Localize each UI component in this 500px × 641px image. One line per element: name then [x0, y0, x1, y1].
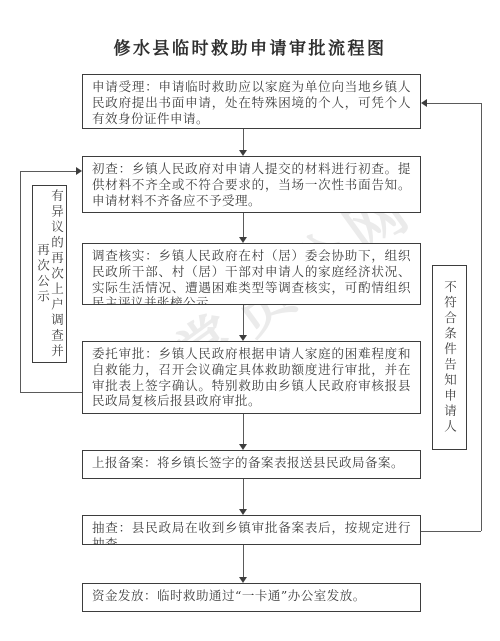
right-loop-top-line	[427, 103, 481, 104]
flow-box-spot-check: 抽查：县民政局在收到乡镇审批备案表后，按规定进行抽查。	[82, 515, 421, 545]
flow-box-fund-disbursement: 资金发放：临时救助通过“一卡通”办公室发放。	[82, 583, 421, 612]
side-note-not-qualified: 不符合条件告知申请人	[432, 265, 467, 450]
arrow-down-icon	[239, 237, 247, 243]
arrow-down-icon	[239, 150, 247, 156]
connector-line	[243, 129, 244, 151]
arrow-right-icon	[76, 167, 82, 175]
flow-box-report-filing: 上报备案：将乡镇长签字的备案表报送县民政局备案。	[82, 450, 421, 479]
connector-line	[243, 305, 244, 336]
arrow-down-icon	[239, 335, 247, 341]
arrow-left-icon	[421, 99, 427, 107]
flow-box-initial-check: 初查：乡镇人民政府对申请人提交的材料进行初查。提供材料不齐全或不符合要求的，当场…	[82, 156, 421, 213]
arrow-down-icon	[239, 577, 247, 583]
connector-line	[243, 414, 244, 445]
side-note-objection: 有异议的再次上户调查并再次公示	[32, 185, 67, 363]
right-loop-vertical-line	[481, 103, 482, 531]
arrow-down-icon	[239, 509, 247, 515]
flow-box-apply: 申请受理：申请临时救助应以家庭为单位向当地乡镇人民政府提出书面申请，处在特殊困境…	[82, 74, 421, 129]
left-loop-bottom-line	[20, 392, 82, 393]
flowchart-page: 非常员分网 修水县临时救助申请审批流程图 申请受理：申请临时救助应以家庭为单位向…	[0, 0, 500, 641]
left-loop-vertical-line	[20, 171, 21, 392]
flow-box-investigate-verify: 调查核实：乡镇人民政府在村（居）委会协助下，组织民政所干部、村（居）干部对申请人…	[82, 243, 421, 305]
right-loop-bottom-line	[421, 531, 481, 532]
connector-line	[243, 213, 244, 238]
left-loop-top-line	[20, 171, 76, 172]
connector-line	[243, 479, 244, 510]
connector-line	[243, 545, 244, 578]
page-title: 修水县临时救助申请审批流程图	[0, 34, 500, 59]
arrow-down-icon	[239, 444, 247, 450]
flow-box-entrusted-approval: 委托审批：乡镇人民政府根据申请人家庭的困难程度和自救能力，召开会议确定具体救助额…	[82, 341, 421, 414]
